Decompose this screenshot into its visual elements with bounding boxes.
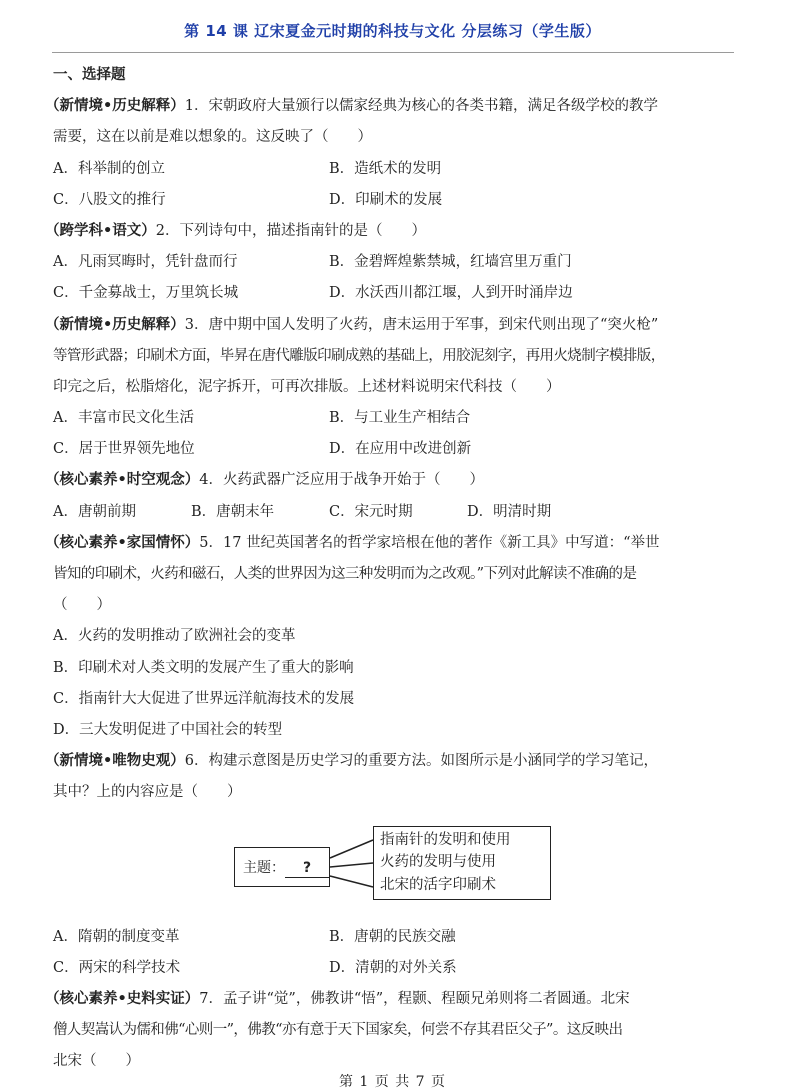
option-row: A．科举制的创立 B．造纸术的发明 — [53, 154, 735, 185]
question-tag: （核心素养•家国情怀） — [45, 535, 199, 551]
diagram-item: 火药的发明与使用 — [380, 851, 544, 874]
question-7: （核心素养•史料实证）7．孟子讲“觉”，佛教讲“悟”，程颢、程颐兄弟则将二者圆通… — [53, 984, 735, 1078]
diagram-topic-box: 主题：? — [234, 847, 330, 887]
option-c[interactable]: C．指南针大大促进了世界远洋航海技术的发展 — [53, 684, 735, 715]
diagram-item: 北宋的活字印刷术 — [380, 874, 544, 897]
option-c[interactable]: C．八股文的推行 — [53, 185, 329, 216]
concept-diagram: 主题：? 指南针的发明和使用 火药的发明与使用 北宋的活字印刷术 — [53, 826, 735, 918]
diagram-item: 指南针的发明和使用 — [380, 829, 544, 852]
option-d[interactable]: D．三大发明促进了中国社会的转型 — [53, 715, 735, 746]
question-stem-line: （跨学科•语文）2．下列诗句中，描述指南针的是（ ） — [53, 216, 735, 247]
question-text: 1．宋朝政府大量颁行以儒家经典为核心的各类书籍，满足各级学校的教学 — [185, 98, 658, 114]
option-row: C．两宋的科学技术 D．清朝的对外关系 — [53, 953, 735, 984]
question-tag: （新情境•历史解释） — [45, 317, 185, 333]
question-stem-line: 等管形武器；印刷术方面，毕昇在唐代雕版印刷成熟的基础上，用胶泥刻字，再用火烧制字… — [53, 341, 735, 372]
page-indicator: 第 1 页 共 7 页 — [0, 1071, 785, 1090]
option-b[interactable]: B．与工业生产相结合 — [329, 403, 470, 434]
diagram-items-box: 指南针的发明和使用 火药的发明与使用 北宋的活字印刷术 — [373, 826, 551, 900]
question-1: （新情境•历史解释）1．宋朝政府大量颁行以儒家经典为核心的各类书籍，满足各级学校… — [53, 91, 735, 216]
option-a[interactable]: A．科举制的创立 — [53, 154, 329, 185]
option-c[interactable]: C．千金募战士，万里筑长城 — [53, 278, 329, 309]
question-5: （核心素养•家国情怀）5．17 世纪英国著名的哲学家培根在他的著作《新工具》中写… — [53, 528, 735, 746]
option-row: C．居于世界领先地位 D．在应用中改进创新 — [53, 434, 735, 465]
option-c[interactable]: C．宋元时期 — [329, 497, 467, 528]
question-2: （跨学科•语文）2．下列诗句中，描述指南针的是（ ） A．凡雨冥晦时，凭针盘而行… — [53, 216, 735, 310]
option-d[interactable]: D．印刷术的发展 — [329, 185, 442, 216]
question-text: 6．构建示意图是历史学习的重要方法。如图所示是小涵同学的学习笔记， — [185, 753, 658, 769]
question-6: （新情境•唯物史观）6．构建示意图是历史学习的重要方法。如图所示是小涵同学的学习… — [53, 746, 735, 984]
option-b[interactable]: B．印刷术对人类文明的发展产生了重大的影响 — [53, 653, 735, 684]
question-text: 7．孟子讲“觉”，佛教讲“悟”，程颢、程颐兄弟则将二者圆通。北宋 — [199, 991, 629, 1007]
document-title: 第 14 课 辽宋夏金元时期的科技与文化 分层练习（学生版） — [0, 20, 785, 41]
header-divider — [52, 52, 734, 53]
option-d[interactable]: D．清朝的对外关系 — [329, 953, 457, 984]
option-row: A．丰富市民文化生活 B．与工业生产相结合 — [53, 403, 735, 434]
option-row: A．唐朝前期 B．唐朝末年 C．宋元时期 D．明清时期 — [53, 497, 735, 528]
question-3: （新情境•历史解释）3．唐中期中国人发明了火药，唐末运用于军事，到宋代则出现了“… — [53, 310, 735, 466]
option-b[interactable]: B．唐朝末年 — [191, 497, 329, 528]
option-d[interactable]: D．水沃西川都江堰，人到开时涌岸边 — [329, 278, 573, 309]
question-stem-line: （新情境•历史解释）1．宋朝政府大量颁行以儒家经典为核心的各类书籍，满足各级学校… — [53, 91, 735, 122]
question-tag: （新情境•历史解释） — [45, 98, 185, 114]
option-b[interactable]: B．金碧辉煌紫禁城，红墙宫里万重门 — [329, 247, 572, 278]
question-text: 3．唐中期中国人发明了火药，唐末运用于军事，到宋代则出现了“突火枪” — [185, 317, 659, 333]
document-body: 一、选择题 （新情境•历史解释）1．宋朝政府大量颁行以儒家经典为核心的各类书籍，… — [53, 60, 735, 1077]
question-text: 2．下列诗句中，描述指南针的是（ ） — [156, 223, 426, 239]
question-stem-line: 其中？上的内容应是（ ） — [53, 777, 735, 808]
question-text: 4．火药武器广泛应用于战争开始于（ ） — [199, 472, 484, 488]
option-row: C．千金募战士，万里筑长城 D．水沃西川都江堰，人到开时涌岸边 — [53, 278, 735, 309]
question-stem-line: 需要，这在以前是难以想象的。这反映了（ ） — [53, 122, 735, 153]
question-tag: （核心素养•时空观念） — [45, 472, 199, 488]
question-stem-line: （ ） — [53, 590, 735, 621]
question-text: 5．17 世纪英国著名的哲学家培根在他的著作《新工具》中写道：“举世 — [199, 535, 659, 551]
option-d[interactable]: D．在应用中改进创新 — [329, 434, 471, 465]
question-tag: （新情境•唯物史观） — [45, 753, 185, 769]
question-stem-line: （核心素养•家国情怀）5．17 世纪英国著名的哲学家培根在他的著作《新工具》中写… — [53, 528, 735, 559]
question-stem-line: （核心素养•史料实证）7．孟子讲“觉”，佛教讲“悟”，程颢、程颐兄弟则将二者圆通… — [53, 984, 735, 1015]
option-a[interactable]: A．凡雨冥晦时，凭针盘而行 — [53, 247, 329, 278]
question-tag: （核心素养•史料实证） — [45, 991, 199, 1007]
question-stem-line: 僧人契嵩认为儒和佛“心则一”，佛教“亦有意于天下国家矣，何尝不存其君臣父子”。这… — [53, 1015, 735, 1046]
question-stem-line: 印完之后，松脂熔化，泥字拆开，可再次排版。上述材料说明宋代科技（ ） — [53, 372, 735, 403]
option-row: C．八股文的推行 D．印刷术的发展 — [53, 185, 735, 216]
question-stem-line: （新情境•历史解释）3．唐中期中国人发明了火药，唐末运用于军事，到宋代则出现了“… — [53, 310, 735, 341]
option-c[interactable]: C．居于世界领先地位 — [53, 434, 329, 465]
option-b[interactable]: B．唐朝的民族交融 — [329, 922, 456, 953]
question-stem-line: （核心素养•时空观念）4．火药武器广泛应用于战争开始于（ ） — [53, 465, 735, 496]
option-b[interactable]: B．造纸术的发明 — [329, 154, 441, 185]
option-a[interactable]: A．隋朝的制度变革 — [53, 922, 329, 953]
section-title: 一、选择题 — [53, 60, 735, 91]
question-stem-line: 皆知的印刷术，火药和磁石，人类的世界因为这三种发明而为之改观。”下列对此解读不准… — [53, 559, 735, 590]
option-a[interactable]: A．唐朝前期 — [53, 497, 191, 528]
topic-label: 主题： — [243, 860, 285, 876]
option-a[interactable]: A．丰富市民文化生活 — [53, 403, 329, 434]
question-stem-line: （新情境•唯物史观）6．构建示意图是历史学习的重要方法。如图所示是小涵同学的学习… — [53, 746, 735, 777]
question-4: （核心素养•时空观念）4．火药武器广泛应用于战争开始于（ ） A．唐朝前期 B．… — [53, 465, 735, 527]
topic-blank: ? — [285, 859, 329, 878]
option-row: A．凡雨冥晦时，凭针盘而行 B．金碧辉煌紫禁城，红墙宫里万重门 — [53, 247, 735, 278]
option-row: A．隋朝的制度变革 B．唐朝的民族交融 — [53, 922, 735, 953]
option-c[interactable]: C．两宋的科学技术 — [53, 953, 329, 984]
option-d[interactable]: D．明清时期 — [467, 497, 551, 528]
option-a[interactable]: A．火药的发明推动了欧洲社会的变革 — [53, 621, 735, 652]
question-tag: （跨学科•语文） — [45, 223, 156, 239]
